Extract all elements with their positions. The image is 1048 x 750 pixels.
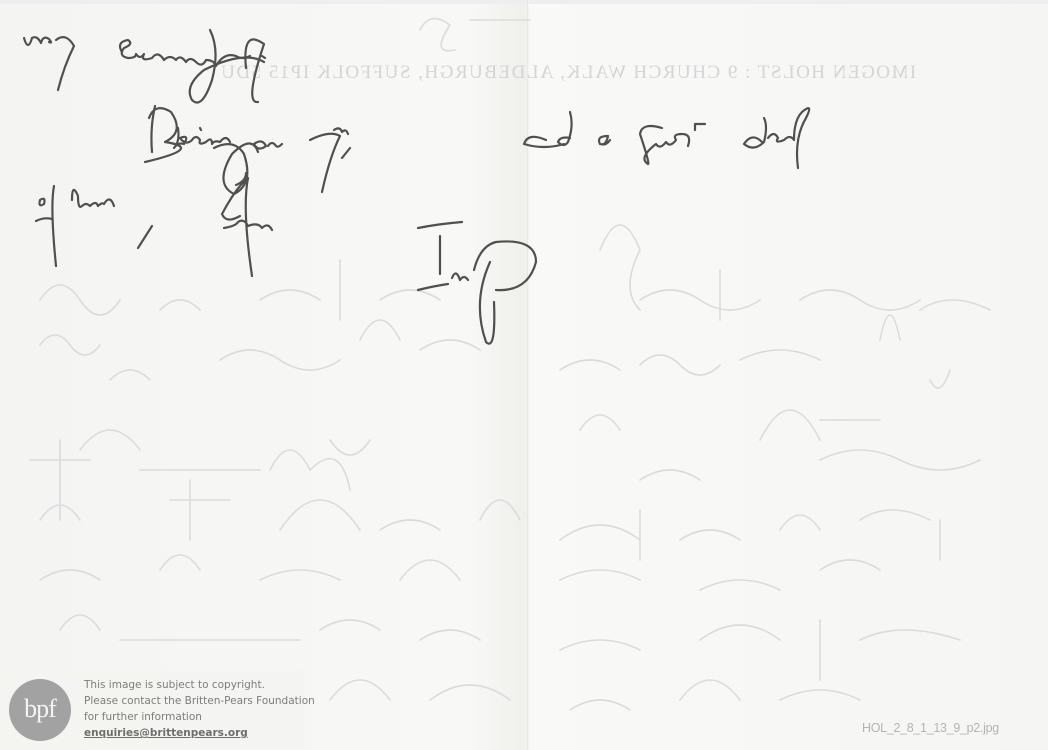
copyright-line-3: for further information — [84, 709, 315, 725]
handwriting-line-1: very encouraging. — [20, 30, 296, 65]
handwriting-line-3: of love, from — [36, 190, 292, 236]
copyright-notice-text: This image is subject to copyright. Plea… — [84, 677, 315, 741]
enquiries-email-link[interactable]: enquiries@brittenpears.org — [84, 725, 315, 741]
copyright-line-2: Please contact the Britten-Pears Foundat… — [84, 693, 315, 709]
bpf-logo: bpf — [9, 679, 71, 741]
image-filename: HOL_2_8_1_13_9_p2.jpg — [862, 721, 999, 735]
copyright-line-1: This image is subject to copyright. — [84, 677, 315, 693]
signature: Imogen — [420, 240, 573, 286]
letter-page: IMOGEN HOLST : 9 CHURCH WALK, ALDEBURGH,… — [0, 0, 1048, 750]
handwriting-line-2: Blessings on you, and a great deal — [140, 110, 906, 161]
